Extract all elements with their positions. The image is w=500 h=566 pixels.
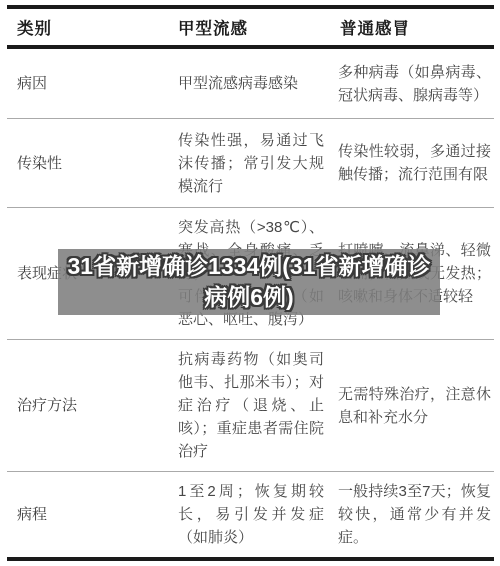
- flu-a-cell: 抗病毒药物（如奥司他韦、扎那米韦）；对症治疗（退烧、止咳）；重症患者需住院治疗: [170, 340, 330, 471]
- row-label: 治疗方法: [7, 386, 170, 425]
- header-common-cold: 普通感冒: [330, 15, 494, 39]
- common-cold-cell: 无需特殊治疗，注意休息和补充水分: [330, 375, 494, 437]
- row-label: 传染性: [7, 144, 170, 183]
- news-headline-overlay: 31省新增确诊1334例(31省新增确诊病例6例): [58, 249, 440, 315]
- table-header-row: 类别 甲型流感 普通感冒: [7, 5, 494, 49]
- common-cold-cell: 一般持续3至7天；恢复较快，通常少有并发症。: [330, 472, 494, 557]
- flu-a-cell: 传染性强，易通过飞沫传播；常引发大规模流行: [170, 121, 330, 206]
- table-row-course: 病程 1至2周；恢复期较长，易引发并发症（如肺炎） 一般持续3至7天；恢复较快，…: [7, 472, 494, 561]
- common-cold-cell: 传染性较弱，多通过接触传播；流行范围有限: [330, 132, 494, 194]
- table-row-treatment: 治疗方法 抗病毒药物（如奥司他韦、扎那米韦）；对症治疗（退烧、止咳）；重症患者需…: [7, 340, 494, 472]
- row-label: 病因: [7, 64, 170, 103]
- header-category: 类别: [7, 15, 170, 39]
- row-label: 病程: [7, 495, 170, 534]
- flu-a-cell: 甲型流感病毒感染: [170, 64, 330, 103]
- table-row-cause: 病因 甲型流感病毒感染 多种病毒（如鼻病毒、冠状病毒、腺病毒等）: [7, 49, 494, 119]
- header-flu-a: 甲型流感: [170, 15, 330, 39]
- common-cold-cell: 多种病毒（如鼻病毒、冠状病毒、腺病毒等）: [330, 53, 494, 115]
- flu-a-cell: 1至2周；恢复期较长，易引发并发症（如肺炎）: [170, 472, 330, 557]
- table-row-contagiousness: 传染性 传染性强，易通过飞沫传播；常引发大规模流行 传染性较弱，多通过接触传播；…: [7, 119, 494, 208]
